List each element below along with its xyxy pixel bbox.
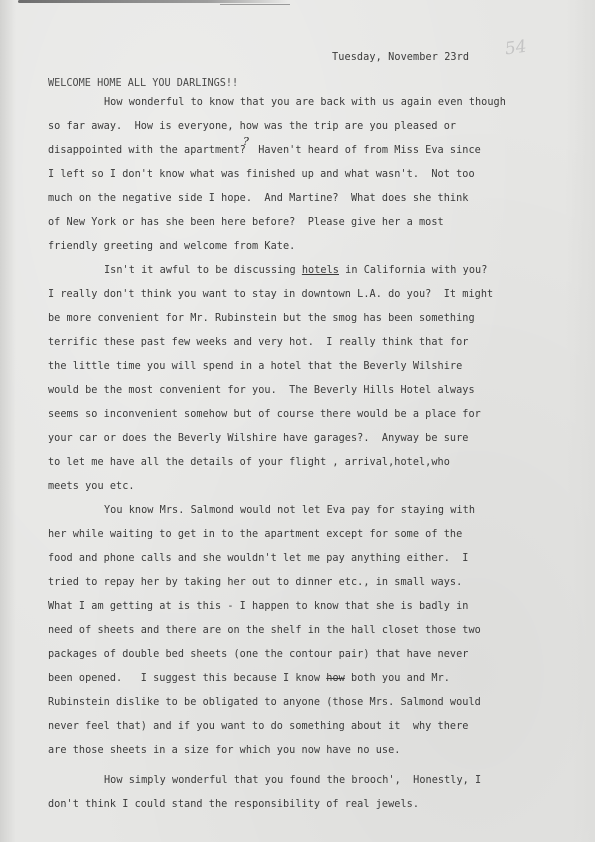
paragraph-2-line-2: I really don't think you want to stay in… xyxy=(48,289,493,300)
scan-top-edge-mark xyxy=(220,4,290,5)
paragraph-3-line-6: need of sheets and there are on the shel… xyxy=(48,625,481,636)
paragraph-4-line-2: don't think I could stand the responsibi… xyxy=(48,799,419,810)
paragraph-1-line-6: of New York or has she been here before?… xyxy=(48,217,444,228)
paragraph-3-line-2: her while waiting to get in to the apart… xyxy=(48,529,462,540)
paragraph-1-line-5: much on the negative side I hope. And Ma… xyxy=(48,193,468,204)
paragraph-2-line-7: seems so inconvenient somehow but of cou… xyxy=(48,409,481,420)
paragraph-2-line-10: meets you etc. xyxy=(48,481,135,492)
paragraph-2-line-1-end: in California with you? xyxy=(339,265,487,276)
paragraph-3-line-5: What I am getting at is this - I happen … xyxy=(48,601,468,612)
paragraph-3-line-7: packages of double bed sheets (one the c… xyxy=(48,649,468,660)
paragraph-3-line-8-start: been opened. I suggest this because I kn… xyxy=(48,673,326,684)
paragraph-2-line-1-start: Isn't it awful to be discussing xyxy=(104,265,302,276)
paragraph-3-line-4: tried to repay her by taking her out to … xyxy=(48,577,462,588)
struck-word: how xyxy=(326,673,345,684)
paragraph-1-line-3: disappointed with the apartment? Haven't… xyxy=(48,145,481,156)
paragraph-1-line-7: friendly greeting and welcome from Kate. xyxy=(48,241,295,252)
scan-left-shadow xyxy=(0,0,16,842)
paragraph-2-line-9: to let me have all the details of your f… xyxy=(48,457,450,468)
paragraph-2-line-5: the little time you will spend in a hote… xyxy=(48,361,462,372)
paragraph-1-line-4: I left so I don't know what was finished… xyxy=(48,169,475,180)
letter-page: 54 Tuesday, November 23rd WELCOME HOME A… xyxy=(0,0,595,842)
paragraph-3-line-9: Rubinstein dislike to be obligated to an… xyxy=(48,697,481,708)
paragraph-3-line-3: food and phone calls and she wouldn't le… xyxy=(48,553,468,564)
handwritten-question-mark: ? xyxy=(243,135,249,148)
underlined-word-hotels: hotels xyxy=(302,265,339,276)
paragraph-3-line-8: been opened. I suggest this because I kn… xyxy=(48,673,450,684)
paragraph-2-line-3: be more convenient for Mr. Rubinstein bu… xyxy=(48,313,475,324)
paragraph-2-line-1: Isn't it awful to be discussing hotels i… xyxy=(104,265,487,276)
paragraph-2-line-8: your car or does the Beverly Wilshire ha… xyxy=(48,433,468,444)
scan-right-shadow xyxy=(565,0,595,842)
scan-top-edge xyxy=(18,0,288,3)
pencil-page-number: 54 xyxy=(504,37,528,60)
paragraph-2-line-6: would be the most convenient for you. Th… xyxy=(48,385,475,396)
paragraph-3-line-10: never feel that) and if you want to do s… xyxy=(48,721,468,732)
paragraph-1-line-1: How wonderful to know that you are back … xyxy=(104,97,506,108)
paragraph-1-line-2: so far away. How is everyone, how was th… xyxy=(48,121,456,132)
paragraph-3-line-8-end: both you and Mr. xyxy=(345,673,450,684)
paragraph-4-line-1: How simply wonderful that you found the … xyxy=(104,775,481,786)
paragraph-3-line-1: You know Mrs. Salmond would not let Eva … xyxy=(104,505,475,516)
paragraph-3-line-11: are those sheets in a size for which you… xyxy=(48,745,400,756)
letter-date: Tuesday, November 23rd xyxy=(332,52,469,63)
paragraph-2-line-4: terrific these past few weeks and very h… xyxy=(48,337,468,348)
letter-salutation: WELCOME HOME ALL YOU DARLINGS!! xyxy=(48,78,238,89)
